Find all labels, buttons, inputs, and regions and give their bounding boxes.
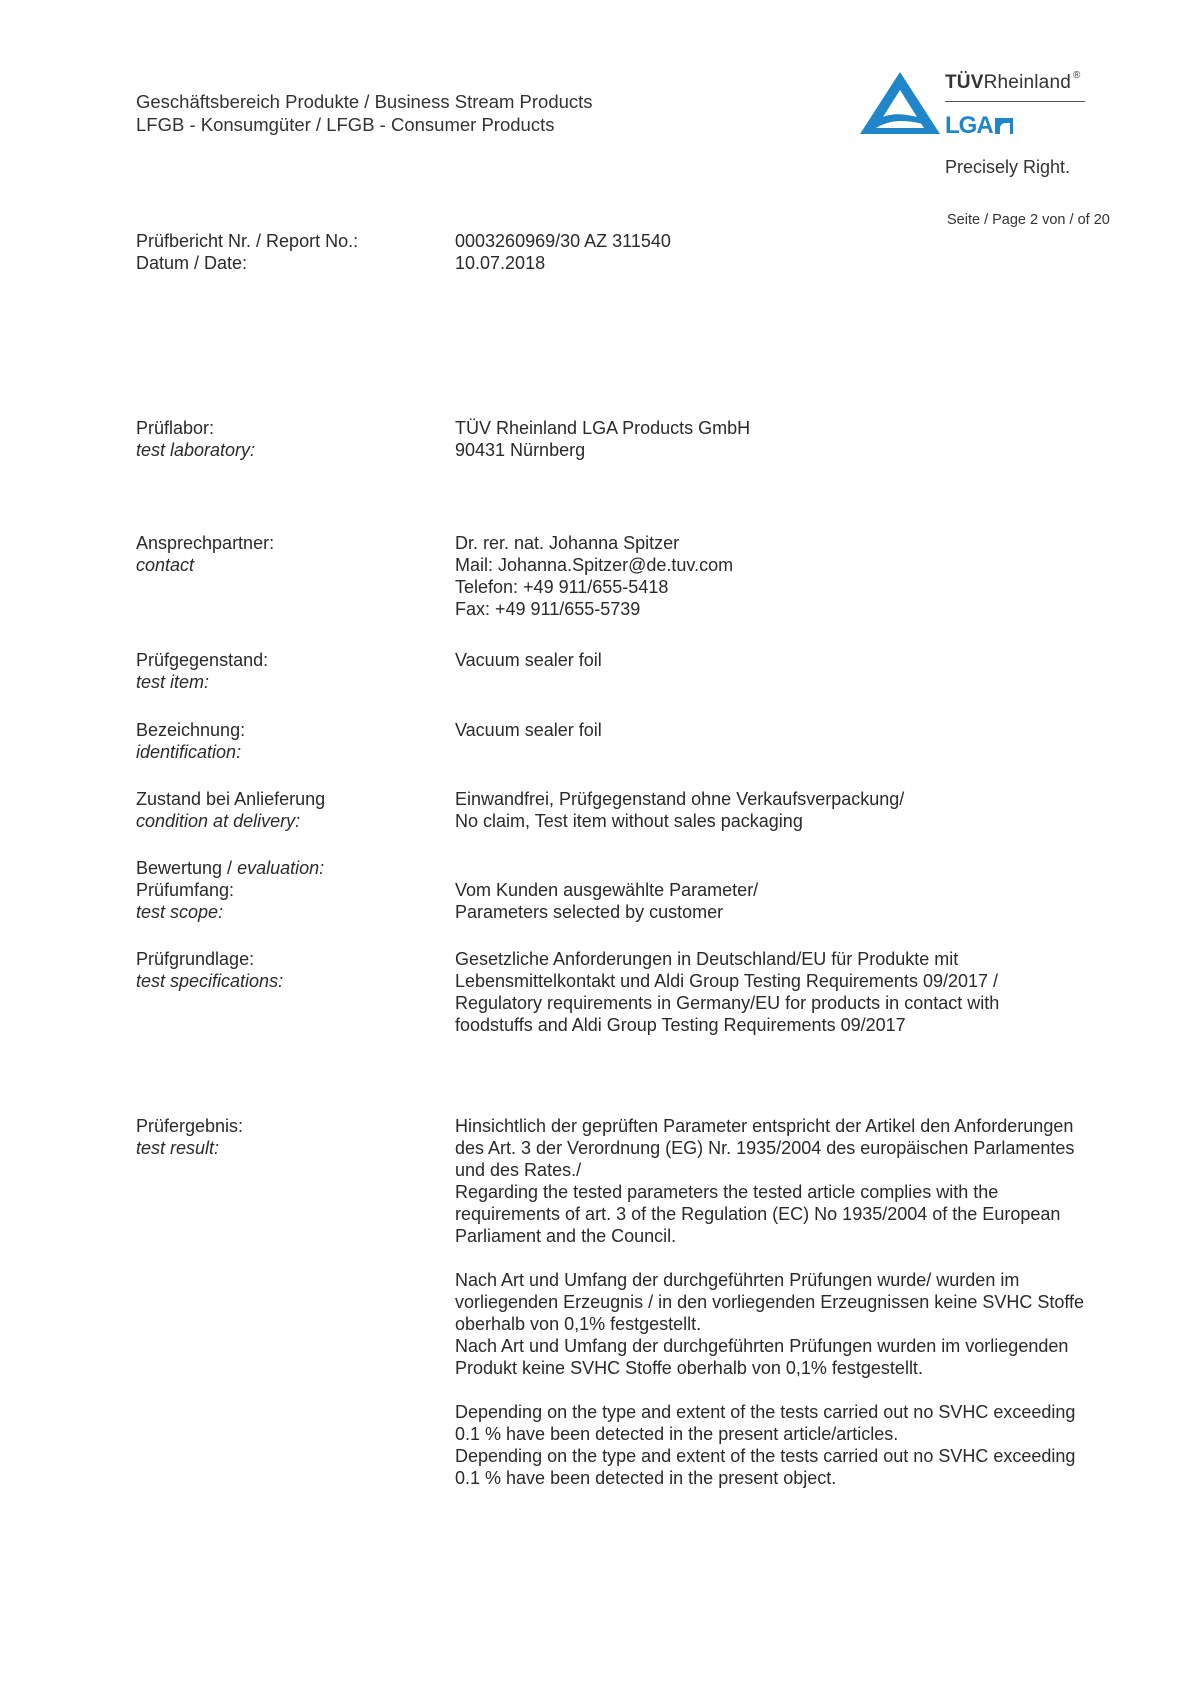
test-item-label-de: Prüfgegenstand: — [136, 649, 268, 671]
department-header: Geschäftsbereich Produkte / Business Str… — [136, 90, 593, 136]
condition-label: Zustand bei Anlieferung condition at del… — [136, 788, 325, 832]
evaluation-label: Bewertung / evaluation: — [136, 857, 324, 879]
test-item-value: Vacuum sealer foil — [455, 649, 602, 671]
test-item-label-en: test item: — [136, 671, 268, 693]
result-paragraph: Nach Art und Umfang der durchgeführten P… — [455, 1269, 1175, 1379]
evaluation-label-en: evaluation: — [237, 858, 324, 878]
result-line: des Art. 3 der Verordnung (EG) Nr. 1935/… — [455, 1137, 1175, 1159]
specifications-label-de: Prüfgrundlage: — [136, 948, 283, 970]
result-line: Regarding the tested parameters the test… — [455, 1181, 1175, 1203]
specifications-value: Gesetzliche Anforderungen in Deutschland… — [455, 948, 999, 1036]
result-line: Hinsichtlich der geprüften Parameter ent… — [455, 1115, 1175, 1137]
brand-regular: Rheinland — [984, 72, 1071, 93]
result-line: und des Rates./ — [455, 1159, 1175, 1181]
brand-name: TÜVRheinland® — [945, 72, 1081, 94]
identification-label: Bezeichnung: identification: — [136, 719, 245, 763]
logo-divider — [945, 101, 1085, 102]
result-paragraph: Depending on the type and extent of the … — [455, 1401, 1175, 1489]
report-number-value: 0003260969/30 AZ 311540 — [455, 230, 671, 252]
result-line: vorliegenden Erzeugnis / in den vorliege… — [455, 1291, 1175, 1313]
result-paragraph: Hinsichtlich der geprüften Parameter ent… — [455, 1115, 1175, 1247]
condition-line: Einwandfrei, Prüfgegenstand ohne Verkauf… — [455, 788, 904, 810]
result-line: 0.1 % have been detected in the present … — [455, 1423, 1175, 1445]
report-date-value: 10.07.2018 — [455, 252, 545, 274]
report-date-label: Datum / Date: — [136, 252, 247, 274]
sub-brand: LGA — [945, 112, 1013, 140]
contact-value: Dr. rer. nat. Johanna Spitzer Mail: Joha… — [455, 532, 733, 620]
scope-line: Vom Kunden ausgewählte Parameter/ — [455, 879, 758, 901]
brand-bold: TÜV — [945, 72, 984, 93]
scope-line: Parameters selected by customer — [455, 901, 758, 923]
condition-value: Einwandfrei, Prüfgegenstand ohne Verkauf… — [455, 788, 904, 832]
specifications-line: Gesetzliche Anforderungen in Deutschland… — [455, 948, 999, 970]
lab-value: TÜV Rheinland LGA Products GmbH 90431 Nü… — [455, 417, 750, 461]
sub-brand-text: LGA — [945, 112, 993, 139]
condition-label-de: Zustand bei Anlieferung — [136, 788, 325, 810]
lga-mark-icon — [995, 118, 1013, 134]
result-line: Nach Art und Umfang der durchgeführten P… — [455, 1335, 1175, 1357]
result-line: Produkt keine SVHC Stoffe oberhalb von 0… — [455, 1357, 1175, 1379]
result-line: 0.1 % have been detected in the present … — [455, 1467, 1175, 1489]
tuv-triangle-logo-icon — [858, 70, 942, 138]
lab-line: 90431 Nürnberg — [455, 439, 750, 461]
contact-fax: Fax: +49 911/655-5739 — [455, 598, 733, 620]
result-label: Prüfergebnis: test result: — [136, 1115, 243, 1159]
lab-line: TÜV Rheinland LGA Products GmbH — [455, 417, 750, 439]
scope-label-en: test scope: — [136, 901, 324, 923]
contact-label-de: Ansprechpartner: — [136, 532, 274, 554]
lab-label: Prüflabor: test laboratory: — [136, 417, 255, 461]
test-item-label: Prüfgegenstand: test item: — [136, 649, 268, 693]
result-label-de: Prüfergebnis: — [136, 1115, 243, 1137]
result-line: Depending on the type and extent of the … — [455, 1401, 1175, 1423]
specifications-line: Lebensmittelkontakt und Aldi Group Testi… — [455, 970, 999, 992]
specifications-line: Regulatory requirements in Germany/EU fo… — [455, 992, 999, 1014]
contact-phone: Telefon: +49 911/655-5418 — [455, 576, 733, 598]
lab-label-de: Prüflabor: — [136, 417, 255, 439]
result-line: oberhalb von 0,1% festgestellt. — [455, 1313, 1175, 1335]
slogan: Precisely Right. — [945, 157, 1070, 178]
identification-label-en: identification: — [136, 741, 245, 763]
lab-label-en: test laboratory: — [136, 439, 255, 461]
identification-value: Vacuum sealer foil — [455, 719, 602, 741]
page-indicator: Seite / Page 2 von / of 20 — [947, 212, 1110, 228]
result-line: requirements of art. 3 of the Regulation… — [455, 1203, 1175, 1225]
result-line: Nach Art und Umfang der durchgeführten P… — [455, 1269, 1175, 1291]
evaluation-scope-label: Bewertung / evaluation: Prüfumfang: test… — [136, 857, 324, 923]
result-label-en: test result: — [136, 1137, 243, 1159]
contact-label-en: contact — [136, 554, 274, 576]
evaluation-label-de: Bewertung / — [136, 858, 237, 878]
department-line: LFGB - Konsumgüter / LFGB - Consumer Pro… — [136, 113, 593, 136]
scope-label-de: Prüfumfang: — [136, 879, 324, 901]
specifications-line: foodstuffs and Aldi Group Testing Requir… — [455, 1014, 999, 1036]
identification-label-de: Bezeichnung: — [136, 719, 245, 741]
result-value: Hinsichtlich der geprüften Parameter ent… — [455, 1115, 1175, 1489]
contact-name: Dr. rer. nat. Johanna Spitzer — [455, 532, 733, 554]
condition-line: No claim, Test item without sales packag… — [455, 810, 904, 832]
result-line: Depending on the type and extent of the … — [455, 1445, 1175, 1467]
contact-email[interactable]: Mail: Johanna.Spitzer@de.tuv.com — [455, 554, 733, 576]
result-line: Parliament and the Council. — [455, 1225, 1175, 1247]
specifications-label-en: test specifications: — [136, 970, 283, 992]
contact-label: Ansprechpartner: contact — [136, 532, 274, 576]
department-line: Geschäftsbereich Produkte / Business Str… — [136, 90, 593, 113]
registered-mark: ® — [1073, 70, 1081, 81]
condition-label-en: condition at delivery: — [136, 810, 325, 832]
scope-value: Vom Kunden ausgewählte Parameter/ Parame… — [455, 879, 758, 923]
report-number-label: Prüfbericht Nr. / Report No.: — [136, 230, 358, 252]
specifications-label: Prüfgrundlage: test specifications: — [136, 948, 283, 992]
